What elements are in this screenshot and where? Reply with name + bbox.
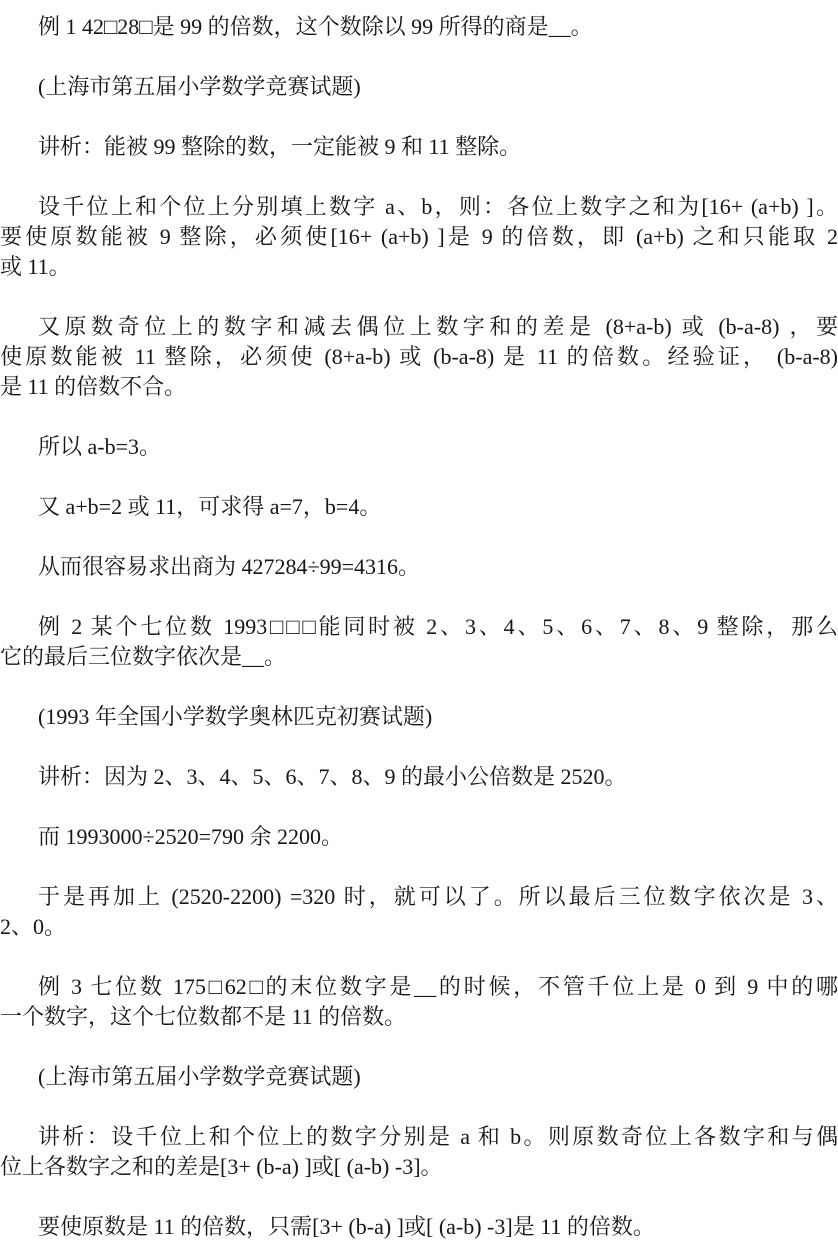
paragraph-example2-analysis-1: 讲析：因为 2、3、4、5、6、7、8、9 的最小公倍数是 2520。 <box>0 762 838 792</box>
paragraph-example1-conclusion-2: 又 a+b=2 或 11，可求得 a=7，b=4。 <box>0 492 838 522</box>
paragraph-example3-problem: 例 3 七位数 175□62□的末位数字是__的时候，不管千位上是 0 到 9 … <box>0 972 838 1032</box>
text-line: 一个数字，这个七位数都不是 11 的倍数。 <box>0 1002 838 1032</box>
text-line: 位上各数字之和的差是[3+ (b-a) ]或[ (a-b) -3]。 <box>0 1152 838 1182</box>
text-line: 或 11。 <box>0 252 838 282</box>
text-line: (上海市第五届小学数学竞赛试题) <box>0 1062 838 1092</box>
paragraph-example2-analysis-2: 而 1993000÷2520=790 余 2200。 <box>0 822 838 852</box>
text-line: 是 11 的倍数不合。 <box>0 372 838 402</box>
text-line: 例 1 42□28□是 99 的倍数，这个数除以 99 所得的商是__。 <box>0 12 838 42</box>
paragraph-example1-answer: 从而很容易求出商为 427284÷99=4316。 <box>0 552 838 582</box>
paragraph-example3-analysis-2: 要使原数是 11 的倍数，只需[3+ (b-a) ]或[ (a-b) -3]是 … <box>0 1212 838 1242</box>
paragraph-example2-source: (1993 年全国小学数学奥林匹克初赛试题) <box>0 702 838 732</box>
paragraph-example2-problem: 例 2 某个七位数 1993□□□能同时被 2、3、4、5、6、7、8、9 整除… <box>0 612 838 672</box>
document-page: 例 1 42□28□是 99 的倍数，这个数除以 99 所得的商是__。 (上海… <box>0 0 838 1244</box>
text-line: 要使原数是 11 的倍数，只需[3+ (b-a) ]或[ (a-b) -3]是 … <box>0 1212 838 1242</box>
paragraph-example3-analysis-1: 讲析：设千位上和个位上的数字分别是 a 和 b。则原数奇位上各数字和与偶 位上各… <box>0 1122 838 1182</box>
paragraph-example2-answer: 于是再加上 (2520-2200) =320 时，就可以了。所以最后三位数字依次… <box>0 882 838 942</box>
text-line: 讲析：因为 2、3、4、5、6、7、8、9 的最小公倍数是 2520。 <box>0 762 838 792</box>
paragraph-example3-source: (上海市第五届小学数学竞赛试题) <box>0 1062 838 1092</box>
text-line: 又原数奇位上的数字和减去偶位上数字和的差是 (8+a-b) 或 (b-a-8) … <box>0 312 838 342</box>
text-line: 讲析：设千位上和个位上的数字分别是 a 和 b。则原数奇位上各数字和与偶 <box>0 1122 838 1152</box>
paragraph-example1-conclusion-1: 所以 a-b=3。 <box>0 432 838 462</box>
text-line: 所以 a-b=3。 <box>0 432 838 462</box>
text-line: 讲析：能被 99 整除的数，一定能被 9 和 11 整除。 <box>0 132 838 162</box>
paragraph-example1-problem: 例 1 42□28□是 99 的倍数，这个数除以 99 所得的商是__。 <box>0 12 838 42</box>
text-line: 例 2 某个七位数 1993□□□能同时被 2、3、4、5、6、7、8、9 整除… <box>0 612 838 642</box>
text-line: 2、0。 <box>0 912 838 942</box>
text-line: 例 3 七位数 175□62□的末位数字是__的时候，不管千位上是 0 到 9 … <box>0 972 838 1002</box>
text-line: 又 a+b=2 或 11，可求得 a=7，b=4。 <box>0 492 838 522</box>
text-line: 使原数能被 11 整除，必须使 (8+a-b) 或 (b-a-8) 是 11 的… <box>0 342 838 372</box>
text-line: 于是再加上 (2520-2200) =320 时，就可以了。所以最后三位数字依次… <box>0 882 838 912</box>
text-line: (1993 年全国小学数学奥林匹克初赛试题) <box>0 702 838 732</box>
text-line: 它的最后三位数字依次是__。 <box>0 642 838 672</box>
text-line: 从而很容易求出商为 427284÷99=4316。 <box>0 552 838 582</box>
text-line: 而 1993000÷2520=790 余 2200。 <box>0 822 838 852</box>
paragraph-example1-analysis-3: 又原数奇位上的数字和减去偶位上数字和的差是 (8+a-b) 或 (b-a-8) … <box>0 312 838 402</box>
paragraph-example1-analysis-1: 讲析：能被 99 整除的数，一定能被 9 和 11 整除。 <box>0 132 838 162</box>
paragraph-example1-analysis-2: 设千位上和个位上分别填上数字 a、b，则：各位上数字之和为[16+ (a+b) … <box>0 192 838 282</box>
text-line: 设千位上和个位上分别填上数字 a、b，则：各位上数字之和为[16+ (a+b) … <box>0 192 838 222</box>
paragraph-example1-source: (上海市第五届小学数学竞赛试题) <box>0 72 838 102</box>
text-line: 要使原数能被 9 整除，必须使[16+ (a+b) ]是 9 的倍数，即 (a+… <box>0 222 838 252</box>
text-line: (上海市第五届小学数学竞赛试题) <box>0 72 838 102</box>
